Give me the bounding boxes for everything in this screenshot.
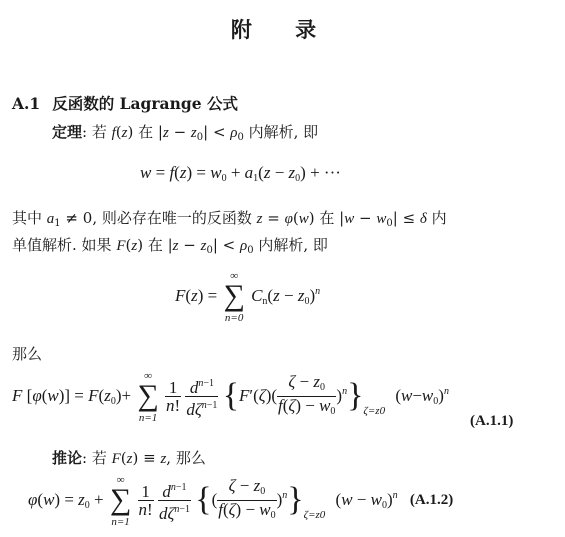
equation-F-series: F(z) = ∞∑n=0 Cn(z − z0)n — [175, 268, 320, 324]
frac-num: dn−1 — [158, 479, 191, 501]
page-title: 附 录 — [0, 14, 565, 44]
math-inline: : 若 F(z) ≡ z, 那么 — [82, 449, 206, 467]
frac-den: dζn−1 — [158, 501, 191, 522]
math-inline: F(z) — [116, 236, 143, 254]
equation-A-1-1: F [φ(w)] = F(z0)+ ∞∑n=1 1n! dn−1dζn−1 {F… — [12, 368, 449, 424]
summation: ∞∑n=0 — [223, 268, 244, 324]
equation-w-expansion: w = f(z) = w0 + a1(z − z0) + ··· — [140, 163, 341, 184]
eval-condition: ζ=z0 — [304, 509, 326, 521]
math-inline: z = φ(w) — [257, 209, 315, 227]
theorem-text: 内解析, 即 — [244, 123, 318, 141]
frac-num: 1 — [138, 483, 154, 501]
section-number: A.1 — [12, 94, 40, 113]
corollary-label: 推论 — [52, 449, 82, 467]
frac-den: n! — [165, 397, 181, 414]
fraction: dn−1dζn−1 — [185, 375, 218, 418]
theorem-statement: 定理: 若 f(z) 在 |z − z0| < ρ0 内解析, 即 — [52, 121, 318, 143]
section-heading: A.1反函数的 Lagrange 公式 — [12, 92, 238, 114]
math-inline: |z − z0| < ρ0 — [168, 236, 254, 254]
text: 在 — [143, 236, 168, 254]
frac-den: f(ζ) − w0 — [217, 501, 276, 524]
fraction: 1n! — [138, 483, 154, 518]
theorem-text: 在 — [133, 123, 158, 141]
theorem-text: : 若 — [82, 123, 112, 141]
math-inline: |w − w0| ≤ δ — [339, 209, 427, 227]
text: 内 — [427, 209, 447, 227]
text: 在 — [315, 209, 340, 227]
frac-den: f(ζ) − w0 — [277, 397, 336, 420]
fraction: ζ − z0f(ζ) − w0 — [277, 373, 336, 420]
frac-num: ζ − z0 — [217, 477, 276, 501]
sum-lower: n=1 — [111, 516, 129, 528]
fraction: dn−1dζn−1 — [158, 479, 191, 522]
equation-number: (A.1.1) — [470, 413, 513, 430]
frac-num: ζ − z0 — [277, 373, 336, 397]
then-label: 那么 — [12, 343, 42, 364]
summation: ∞∑n=1 — [137, 368, 158, 424]
text: 内解析, 即 — [254, 236, 328, 254]
section-title: 反函数的 Lagrange 公式 — [52, 94, 238, 113]
text: , 则必存在唯一的反函数 — [92, 209, 256, 227]
math-inline: |z − z0| < ρ0 — [158, 123, 244, 141]
frac-num: 1 — [165, 379, 181, 397]
frac-den: n! — [138, 501, 154, 518]
frac-num: dn−1 — [185, 375, 218, 397]
corollary-statement: 推论: 若 F(z) ≡ z, 那么 — [52, 447, 206, 468]
paragraph-line-1: 其中 a1 ≠ 0, 则必存在唯一的反函数 z = φ(w) 在 |w − w0… — [12, 207, 447, 229]
text: 单值解析. 如果 — [12, 236, 116, 254]
frac-den: dζn−1 — [185, 397, 218, 418]
eval-condition: ζ=z0 — [363, 405, 385, 417]
theorem-label: 定理 — [52, 123, 82, 141]
text: 其中 — [12, 209, 47, 227]
sum-lower: n=1 — [139, 412, 157, 424]
summation: ∞∑n=1 — [110, 472, 131, 528]
math-inline: a1 ≠ 0 — [47, 209, 93, 227]
fraction: ζ − z0f(ζ) − w0 — [217, 477, 276, 524]
equation-number: (A.1.2) — [410, 492, 453, 508]
equation-A-1-2: φ(w) = z0 + ∞∑n=1 1n! dn−1dζn−1 {(ζ − z0… — [28, 472, 453, 528]
fraction: 1n! — [165, 379, 181, 414]
paragraph-line-2: 单值解析. 如果 F(z) 在 |z − z0| < ρ0 内解析, 即 — [12, 234, 328, 256]
sum-lower: n=0 — [225, 312, 243, 324]
